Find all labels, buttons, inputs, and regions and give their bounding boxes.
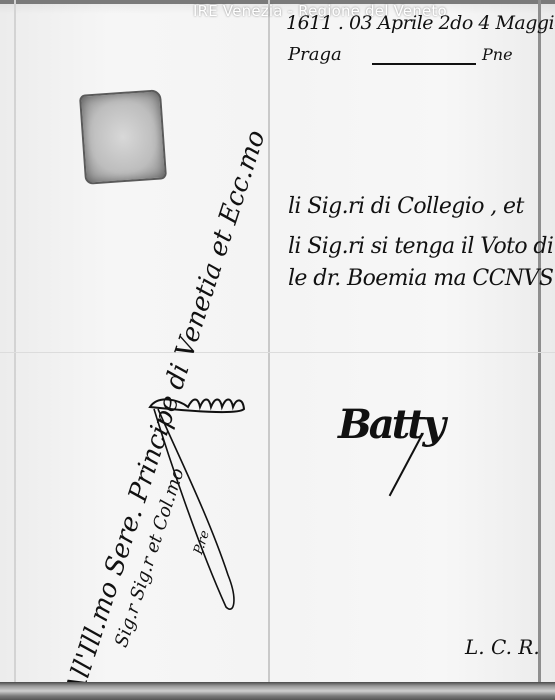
docket-rule — [372, 63, 476, 65]
center-fold-line — [268, 0, 270, 682]
note-line-1: li Sig.ri di Collegio , et — [288, 196, 524, 218]
note-line-3: le dr. Boemia ma CCNVS — [288, 268, 553, 290]
signature: Batty — [338, 405, 443, 445]
note-line-2: li Sig.ri si tenga il Voto di — [288, 236, 553, 258]
initials: L. C. R. — [465, 637, 540, 657]
bottom-paper-edge — [0, 682, 555, 700]
docket-line-2-right: Pne — [482, 47, 513, 63]
docket-line-1: 1611 . 03 Aprile 2do 4 Maggio — [286, 14, 555, 33]
wax-seal-remnant — [79, 89, 167, 185]
manuscript-page: IRE Venezia - Regione del Veneto 1611 . … — [0, 0, 555, 700]
docket-line-2-left: Praga — [288, 46, 342, 64]
left-fold-line — [14, 0, 16, 682]
horizontal-fold-line — [0, 352, 555, 353]
right-fold-line — [538, 0, 541, 682]
